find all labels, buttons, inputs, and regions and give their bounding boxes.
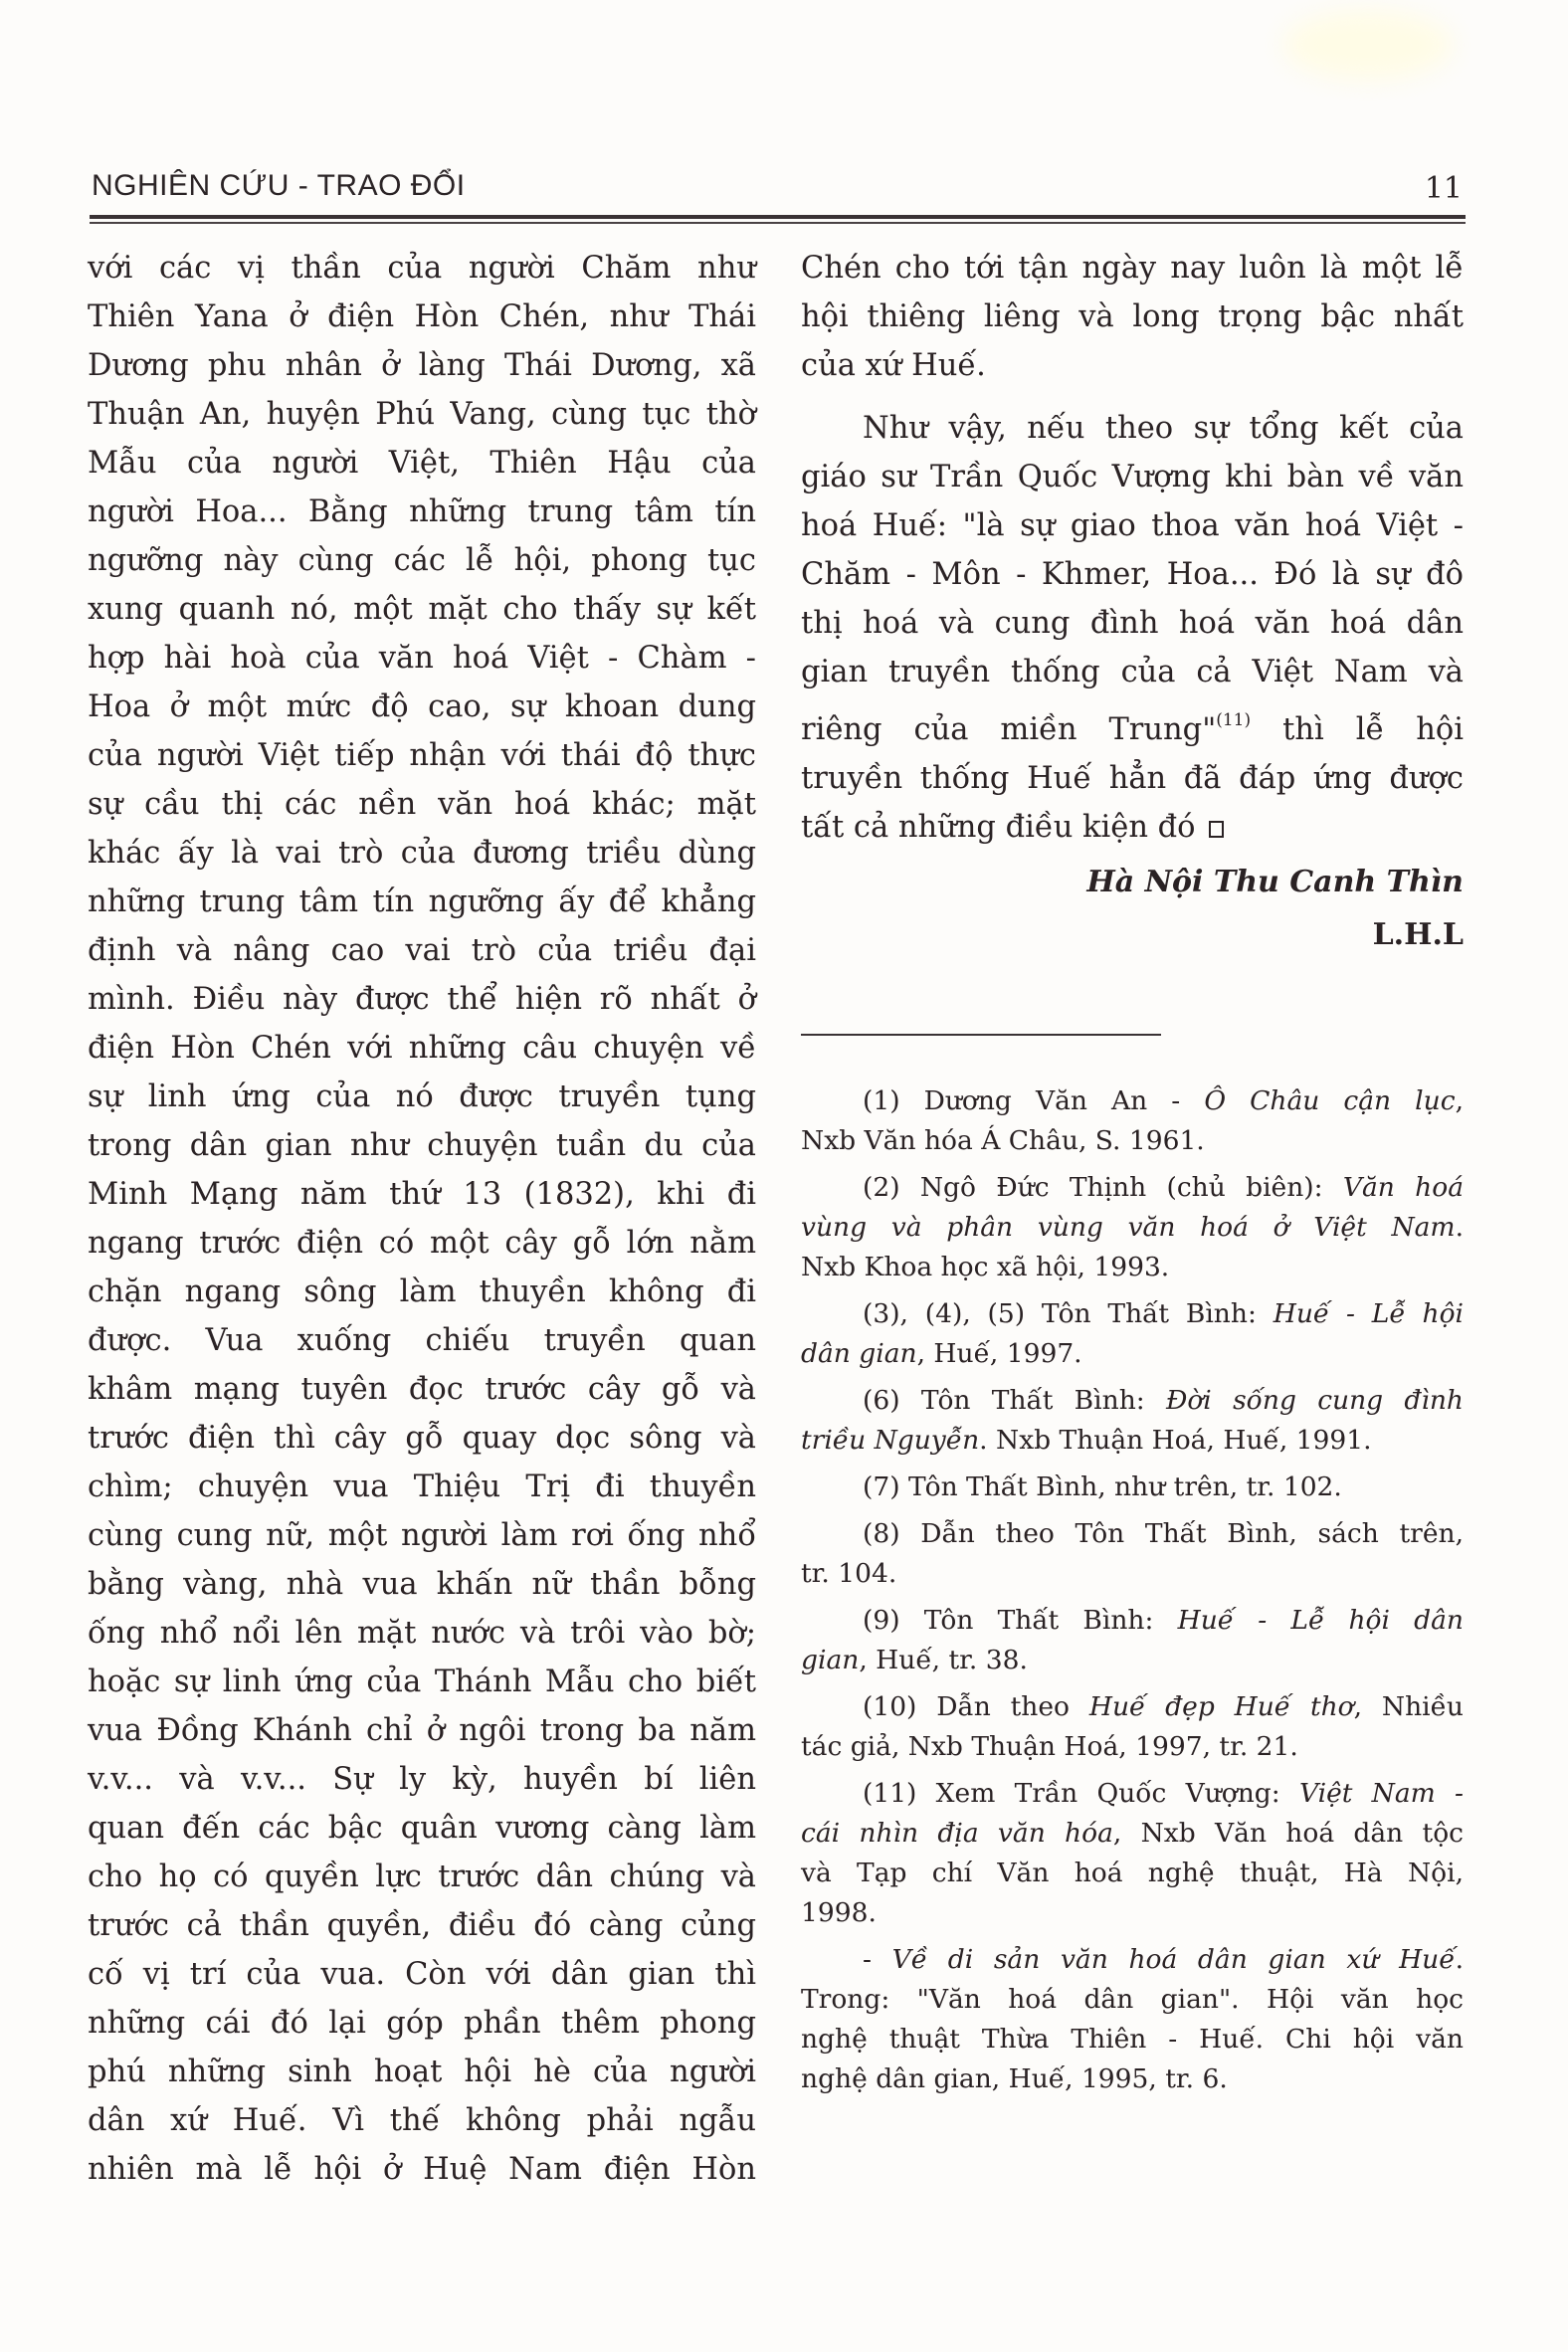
text-line: được. Vua xuống chiếu truyền quan — [88, 1316, 756, 1365]
footnote-title: cái nhìn địa văn hóa — [801, 1818, 1113, 1849]
text-line: quan đến các bậc quân vương càng làm — [88, 1804, 756, 1853]
author-initials: L.H.L — [801, 910, 1464, 959]
footnote-item: - Về di sản văn hoá dân gian xứ Huế.Tron… — [801, 1940, 1464, 2099]
footnote-text: Nxb Khoa học xã hội, 1993. — [801, 1252, 1169, 1282]
footnote-text: Trong: "Văn hoá dân gian". Hội văn học — [801, 1984, 1464, 2015]
footnote-line: tr. 104. — [801, 1554, 1464, 1594]
text-line: Thuận An, huyện Phú Vang, cùng tục thờ — [88, 390, 756, 439]
footnote-line: nghệ thuật Thừa Thiên - Huế. Chi hội văn — [801, 2020, 1464, 2059]
footnote-text: (8) Dẫn theo Tôn Thất Bình, sách trên, — [863, 1518, 1464, 1549]
footnote-text: (3), (4), (5) Tôn Thất Bình: — [863, 1298, 1274, 1329]
footnote-line: (8) Dẫn theo Tôn Thất Bình, sách trên, — [801, 1514, 1464, 1554]
footnote-text: . — [1456, 1212, 1464, 1243]
text-line: ngang trước điện có một cây gỗ lớn nằm — [88, 1219, 756, 1268]
footnote-line: - Về di sản văn hoá dân gian xứ Huế. — [801, 1940, 1464, 1980]
text-line: chìm; chuyện vua Thiệu Trị đi thuyền — [88, 1463, 756, 1511]
text-line: Minh Mạng năm thứ 13 (1832), khi đi — [88, 1170, 756, 1219]
footnote-line: và Tạp chí Văn hoá nghệ thuật, Hà Nội, — [801, 1854, 1464, 1893]
text-line: hợp hài hoà của văn hoá Việt - Chàm - — [88, 634, 756, 683]
footnote-title: Huế - Lễ hội — [1274, 1298, 1464, 1329]
text-line: xung quanh nó, một mặt cho thấy sự kết — [88, 585, 756, 634]
text-line: chặn ngang sông làm thuyền không đi — [88, 1268, 756, 1316]
text-line: cùng cung nữ, một người làm rơi ống nhổ — [88, 1511, 756, 1560]
footnote-text: , Nhiều — [1354, 1691, 1464, 1722]
text-line: truyền thống Huế hẳn đã đáp ứng được — [801, 754, 1464, 803]
footnote-line: (10) Dẫn theo Huế đẹp Huế thơ, Nhiều — [801, 1687, 1464, 1727]
text-line: khác ấy là vai trò của đương triều dùng — [88, 829, 756, 878]
footnote-text: , Huế, tr. 38. — [859, 1645, 1028, 1675]
text-line: thị hoá và cung đình hoá văn hoá dân — [801, 599, 1464, 648]
footnote-line: gian, Huế, tr. 38. — [801, 1641, 1464, 1680]
footnote-text: 1998. — [801, 1897, 877, 1928]
text-line: riêng của miền Trung"(11) thì lễ hội — [801, 696, 1464, 754]
footnote-line: cái nhìn địa văn hóa, Nxb Văn hoá dân tộ… — [801, 1814, 1464, 1854]
footnote-line: Nxb Khoa học xã hội, 1993. — [801, 1248, 1464, 1287]
footnote-item: (9) Tôn Thất Bình: Huế - Lễ hội dângian,… — [801, 1601, 1464, 1680]
footnote-text: Nxb Văn hóa Á Châu, S. 1961. — [801, 1125, 1205, 1156]
footnote-item: (3), (4), (5) Tôn Thất Bình: Huế - Lễ hộ… — [801, 1294, 1464, 1374]
text-line: gian truyền thống của cả Việt Nam và — [801, 648, 1464, 696]
end-of-article-square-icon — [1209, 821, 1224, 838]
text-line: trong dân gian như chuyện tuần du của — [88, 1121, 756, 1170]
footnote-item: (2) Ngô Đức Thịnh (chủ biên): Văn hoávùn… — [801, 1168, 1464, 1287]
footnote-line: Trong: "Văn hoá dân gian". Hội văn học — [801, 1980, 1464, 2020]
paper-stain — [1283, 10, 1453, 80]
footnote-item: (1) Dương Văn An - Ô Châu cận lục,Nxb Vă… — [801, 1081, 1464, 1161]
paragraph-summary: Như vậy, nếu theo sự tổng kết củagiáo sư… — [801, 404, 1464, 696]
text-line: sự cầu thị các nền văn hoá khác; mặt — [88, 780, 756, 829]
footnote-separator — [801, 1034, 1161, 1036]
text-line: Hoa ở một mức độ cao, sự khoan dung — [88, 683, 756, 731]
footnote-item: (6) Tôn Thất Bình: Đời sống cung đìnhtri… — [801, 1381, 1464, 1461]
footnote-item: (11) Xem Trần Quốc Vượng: Việt Nam -cái … — [801, 1774, 1464, 1933]
footnote-text: (1) Dương Văn An - — [863, 1085, 1204, 1116]
text-line: những trung tâm tín ngưỡng ấy để khẳng — [88, 878, 756, 926]
footnote-text: (7) Tôn Thất Bình, như trên, tr. 102. — [863, 1471, 1342, 1502]
text-line: hoặc sự linh ứng của Thánh Mẫu cho biết — [88, 1658, 756, 1706]
footnote-title: Việt Nam - — [1299, 1778, 1464, 1809]
text-line: hoá Huế: "là sự giao thoa văn hoá Việt - — [801, 501, 1464, 550]
section-title: NGHIÊN CỨU - TRAO ĐỔI — [92, 169, 466, 203]
footnote-text: (9) Tôn Thất Bình: — [863, 1605, 1178, 1636]
text-line: ngưỡng này cùng các lễ hội, phong tục — [88, 536, 756, 585]
footnote-text: (6) Tôn Thất Bình: — [863, 1385, 1166, 1416]
text-line: ống nhổ nổi lên mặt nước và trôi vào bờ; — [88, 1609, 756, 1658]
footnote-line: 1998. — [801, 1893, 1464, 1933]
footnote-title: Huế đẹp Huế thơ — [1089, 1691, 1354, 1722]
text-line: hội thiêng liêng và long trọng bậc nhất — [801, 293, 1464, 341]
footnote-item: (7) Tôn Thất Bình, như trên, tr. 102. — [801, 1468, 1464, 1507]
text-line: phú những sinh hoạt hội hè của người — [88, 2048, 756, 2096]
text-line: sự linh ứng của nó được truyền tụng — [88, 1073, 756, 1121]
text-line: Như vậy, nếu theo sự tổng kết của — [801, 404, 1464, 453]
right-column: Chén cho tới tận ngày nay luôn là một lễ… — [801, 244, 1464, 959]
footnote-line: nghệ dân gian, Huế, 1995, tr. 6. — [801, 2059, 1464, 2099]
footnote-title: Đời sống cung đình — [1166, 1385, 1464, 1416]
footnote-line: (6) Tôn Thất Bình: Đời sống cung đình — [801, 1381, 1464, 1421]
text-line: Chăm - Môn - Khmer, Hoa... Đó là sự đô — [801, 550, 1464, 599]
text-line: Dương phu nhân ở làng Thái Dương, xã — [88, 341, 756, 390]
text-line: với các vị thần của người Chăm như — [88, 244, 756, 293]
footnote-title: gian — [801, 1645, 859, 1675]
footnote-title: Ô Châu cận lục — [1204, 1085, 1455, 1116]
footnote-text: . — [1456, 1944, 1464, 1975]
footnote-ref-11: (11) — [1216, 710, 1251, 730]
text-line: vua Đồng Khánh chỉ ở ngôi trong ba năm — [88, 1706, 756, 1755]
footnote-line: (3), (4), (5) Tôn Thất Bình: Huế - Lễ hộ… — [801, 1294, 1464, 1334]
footnote-line: Nxb Văn hóa Á Châu, S. 1961. — [801, 1121, 1464, 1161]
text-line: mình. Điều này được thể hiện rõ nhất ở — [88, 975, 756, 1024]
text-line: Chén cho tới tận ngày nay luôn là một lễ — [801, 244, 1464, 293]
footnote-title: dân gian — [801, 1338, 917, 1369]
text-line: nhiên mà lễ hội ở Huệ Nam điện Hòn — [88, 2145, 756, 2194]
text-line: cố vị trí của vua. Còn với dân gian thì — [88, 1950, 756, 1999]
footnote-text: (10) Dẫn theo — [863, 1691, 1089, 1722]
footnote-line: (1) Dương Văn An - Ô Châu cận lục, — [801, 1081, 1464, 1121]
footnote-line: tác giả, Nxb Thuận Hoá, 1997, tr. 21. — [801, 1727, 1464, 1767]
text-line: tất cả những điều kiện đó — [801, 803, 1464, 852]
footnote-text: , — [1456, 1085, 1464, 1116]
footnote-text: , Huế, 1997. — [917, 1338, 1082, 1369]
footnote-text: tác giả, Nxb Thuận Hoá, 1997, tr. 21. — [801, 1731, 1298, 1762]
text-line: điện Hòn Chén với những câu chuyện về — [88, 1024, 756, 1073]
footnote-text: , Nxb Văn hoá dân tộc — [1113, 1818, 1464, 1849]
footnote-text: (11) Xem Trần Quốc Vượng: — [863, 1778, 1299, 1809]
text-line: trước điện thì cây gỗ quay dọc sông và — [88, 1414, 756, 1463]
text-line: khâm mạng tuyên đọc trước cây gỗ và — [88, 1365, 756, 1414]
footnote-line: (11) Xem Trần Quốc Vượng: Việt Nam - — [801, 1774, 1464, 1814]
footnote-text: nghệ thuật Thừa Thiên - Huế. Chi hội văn — [801, 2024, 1464, 2055]
footnote-title: Huế - Lễ hội dân — [1178, 1605, 1464, 1636]
footnote-line: vùng và phân vùng văn hoá ở Việt Nam. — [801, 1208, 1464, 1248]
footnotes: (1) Dương Văn An - Ô Châu cận lục,Nxb Vă… — [801, 1081, 1464, 2106]
text-line: bằng vàng, nhà vua khấn nữ thần bỗng — [88, 1560, 756, 1609]
text-line: của xứ Huế. — [801, 341, 1464, 390]
text-line: giáo sư Trần Quốc Vượng khi bàn về văn — [801, 453, 1464, 501]
text-fragment: thì lễ hội — [1251, 712, 1464, 747]
footnote-text: . Nxb Thuận Hoá, Huế, 1991. — [979, 1425, 1371, 1456]
text-line: cho họ có quyền lực trước dân chúng và — [88, 1853, 756, 1901]
paragraph-conclusion-start: Chén cho tới tận ngày nay luôn là một lễ… — [801, 244, 1464, 390]
footnote-title: Về di sản văn hoá dân gian xứ Huế — [892, 1944, 1456, 1975]
text-line: Thiên Yana ở điện Hòn Chén, như Thái — [88, 293, 756, 341]
footnote-text: (2) Ngô Đức Thịnh (chủ biên): — [863, 1172, 1343, 1203]
header-double-rule — [90, 215, 1466, 224]
text-line: định và nâng cao vai trò của triều đại — [88, 926, 756, 975]
footnote-line: (9) Tôn Thất Bình: Huế - Lễ hội dân — [801, 1601, 1464, 1641]
text-line: v.v... và v.v... Sự ly kỳ, huyền bí liên — [88, 1755, 756, 1804]
text-line: những cái đó lại góp phần thêm phong — [88, 1999, 756, 2048]
footnote-line: dân gian, Huế, 1997. — [801, 1334, 1464, 1374]
text-fragment: riêng của miền Trung" — [801, 712, 1216, 747]
footnote-text: nghệ dân gian, Huế, 1995, tr. 6. — [801, 2063, 1228, 2094]
footnote-line: (2) Ngô Đức Thịnh (chủ biên): Văn hoá — [801, 1168, 1464, 1208]
left-column: với các vị thần của người Chăm nhưThiên … — [88, 244, 756, 2194]
footnote-text: và Tạp chí Văn hoá nghệ thuật, Hà Nội, — [801, 1858, 1464, 1888]
footnote-line: (7) Tôn Thất Bình, như trên, tr. 102. — [801, 1468, 1464, 1507]
text-line: dân xứ Huế. Vì thế không phải ngẫu — [88, 2096, 756, 2145]
footnote-item: (8) Dẫn theo Tôn Thất Bình, sách trên,tr… — [801, 1514, 1464, 1594]
footnote-title: vùng và phân vùng văn hoá ở Việt Nam — [801, 1212, 1456, 1243]
footnote-item: (10) Dẫn theo Huế đẹp Huế thơ, Nhiềutác … — [801, 1687, 1464, 1767]
footnote-title: triều Nguyễn — [801, 1425, 979, 1456]
text-line: người Hoa... Bằng những trung tâm tín — [88, 488, 756, 536]
footnote-text: tr. 104. — [801, 1558, 896, 1589]
signature-place-date: Hà Nội Thu Canh Thìn — [801, 858, 1464, 906]
text-line: trước cả thần quyền, điều đó càng củng — [88, 1901, 756, 1950]
text-fragment: tất cả những điều kiện đó — [801, 810, 1196, 845]
footnote-title: Văn hoá — [1343, 1172, 1464, 1203]
page-number: 11 — [1425, 171, 1463, 206]
text-line: Mẫu của người Việt, Thiên Hậu của — [88, 439, 756, 488]
footnote-line: triều Nguyễn. Nxb Thuận Hoá, Huế, 1991. — [801, 1421, 1464, 1461]
text-line: của người Việt tiếp nhận với thái độ thự… — [88, 731, 756, 780]
footnote-text: - — [863, 1944, 892, 1975]
